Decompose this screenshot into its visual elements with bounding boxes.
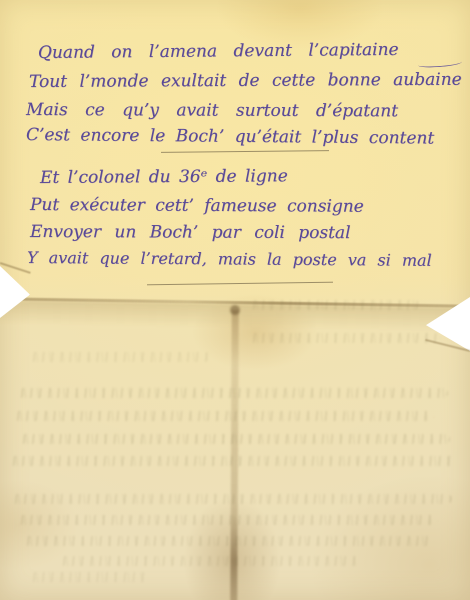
bleedthrough-script-line [12, 494, 452, 504]
stanza-divider-line [147, 282, 333, 286]
bleedthrough-script-line [30, 572, 150, 582]
bleedthrough-script-line [250, 300, 420, 310]
verse-line: Put exécuter cett’ fameuse consigne [30, 194, 364, 218]
paper-sheet: Quand on l’amena devant l’capitaine Tout… [0, 0, 470, 600]
verse-line: Et l’colonel du 36ᵉ de ligne [40, 165, 288, 189]
bleedthrough-script-line [30, 352, 210, 362]
scanned-letter-page: Quand on l’amena devant l’capitaine Tout… [0, 0, 470, 600]
bleedthrough-script-line [14, 411, 434, 421]
verse-line: Quand on l’amena devant l’capitaine [38, 39, 399, 64]
verse-line: Envoyer un Boch’ par coli postal [30, 221, 351, 244]
verse-line: Y avait que l’retard, mais la poste va s… [27, 247, 432, 272]
bleedthrough-script-line [18, 515, 438, 525]
bleedthrough-script-line [24, 536, 434, 546]
bleedthrough-script-line [18, 388, 448, 398]
stanza-divider-line [161, 150, 329, 153]
pen-flourish-stroke [418, 59, 462, 68]
fold-intersection-wear [230, 305, 240, 315]
verse-line: Tout l’monde exultait de cette bonne aub… [29, 69, 462, 93]
verse-line: C’est encore le Boch’ qu’était l’plus co… [26, 124, 434, 150]
bleedthrough-script-line [60, 556, 360, 566]
bleedthrough-script-line [20, 434, 450, 444]
bleedthrough-script-line [250, 333, 440, 343]
bleedthrough-script-line [10, 456, 455, 466]
verse-line: Mais ce qu’y avait surtout d’épatant [26, 99, 398, 122]
